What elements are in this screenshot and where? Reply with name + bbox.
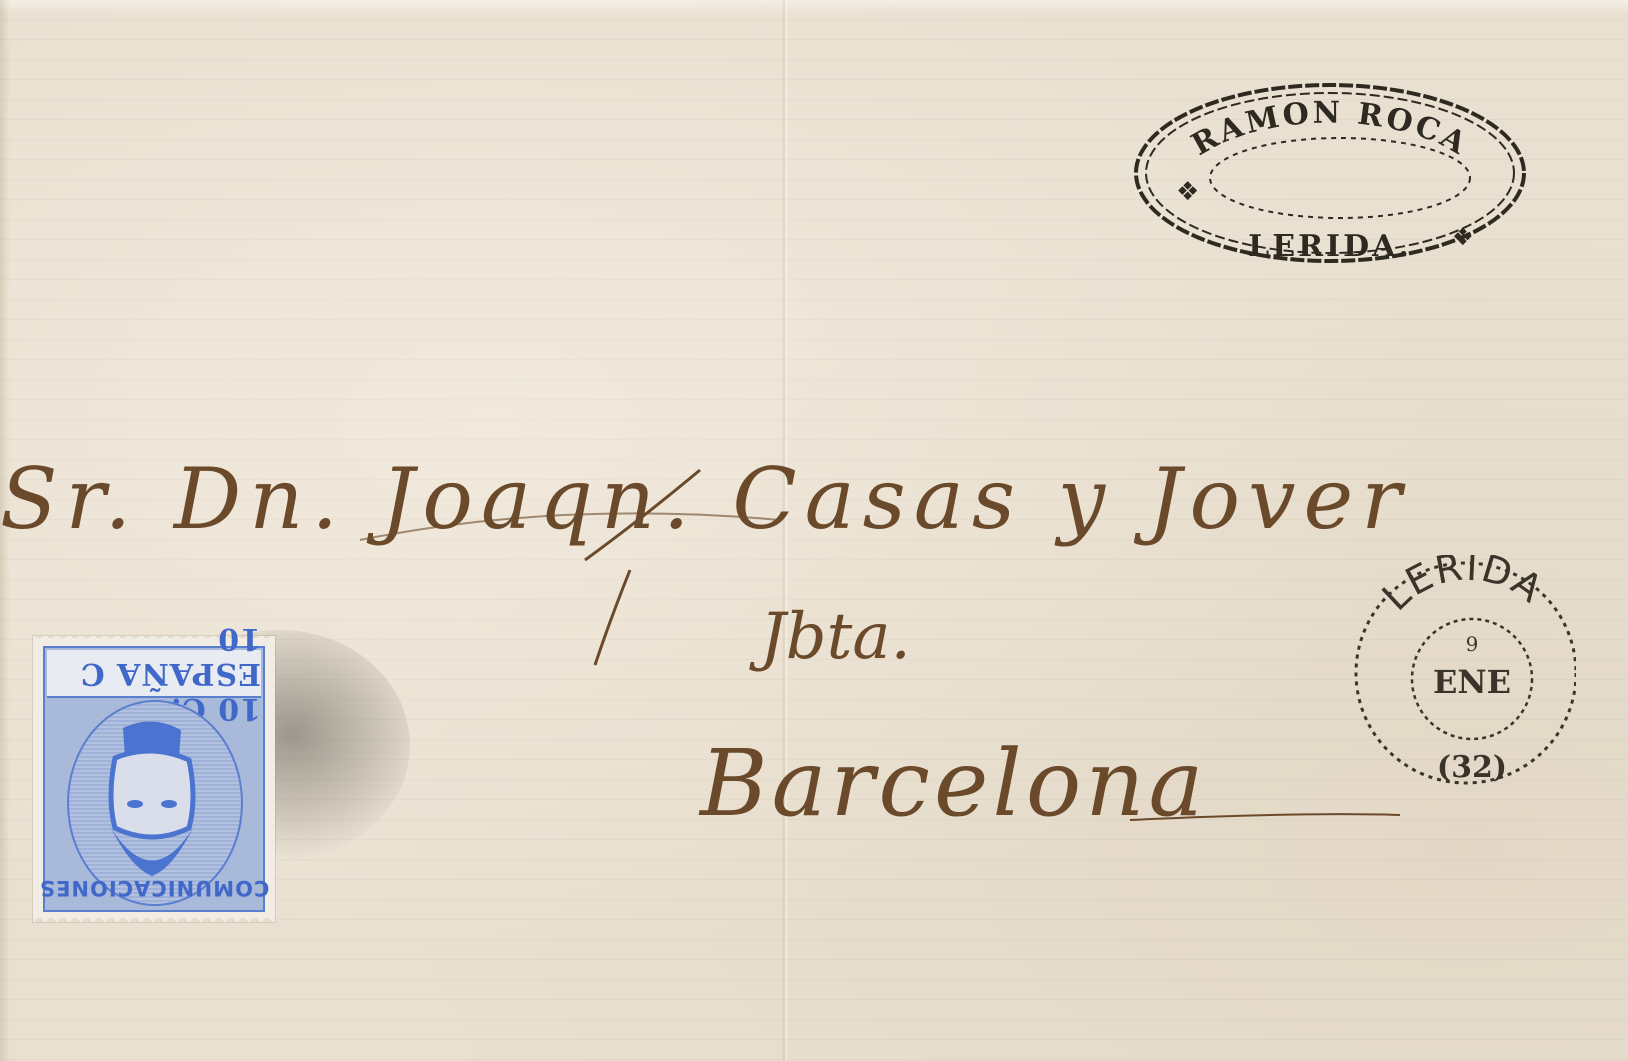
svg-text:(32): (32) (1437, 750, 1507, 785)
address-line-2: Jbta. (760, 600, 911, 674)
cachet-oval-icon: RAMON ROCA LERIDA. ❖ ❖ (1132, 80, 1528, 266)
address-city: Barcelona (700, 730, 1207, 837)
datestamp-postmark: LERIDA 9 ENE (32) (1348, 555, 1576, 795)
svg-text:❖: ❖ (1452, 223, 1474, 251)
postage-stamp: 10 C. ESPAÑA C 10 COMUNICACIONES (33, 636, 275, 922)
address-recipient: Sr. Dn. Joaqn. Casas y Jover (0, 450, 1409, 548)
svg-text:9: 9 (1466, 632, 1479, 656)
stamp-legend-text: COMUNICACIONES (39, 876, 269, 900)
postal-cover: RAMON ROCA LERIDA. ❖ ❖ LERIDA 9 ENE (32) (0, 0, 1628, 1061)
svg-text:❖: ❖ (1176, 177, 1199, 207)
portrait-head-icon (93, 718, 211, 888)
svg-text:ENE: ENE (1433, 663, 1511, 701)
postmark-circle-icon: LERIDA 9 ENE (32) (1348, 555, 1576, 795)
stamp-frame: 10 C. ESPAÑA C 10 COMUNICACIONES (43, 646, 265, 912)
svg-text:LERIDA.: LERIDA. (1248, 229, 1412, 264)
paper-edge (0, 0, 1628, 14)
stamp-value-band: 10 C. ESPAÑA C 10 (47, 650, 261, 698)
stamp-legend-band: COMUNICACIONES (49, 868, 259, 908)
sender-cachet: RAMON ROCA LERIDA. ❖ ❖ (1132, 80, 1528, 266)
svg-text:LERIDA: LERIDA (1374, 555, 1552, 619)
